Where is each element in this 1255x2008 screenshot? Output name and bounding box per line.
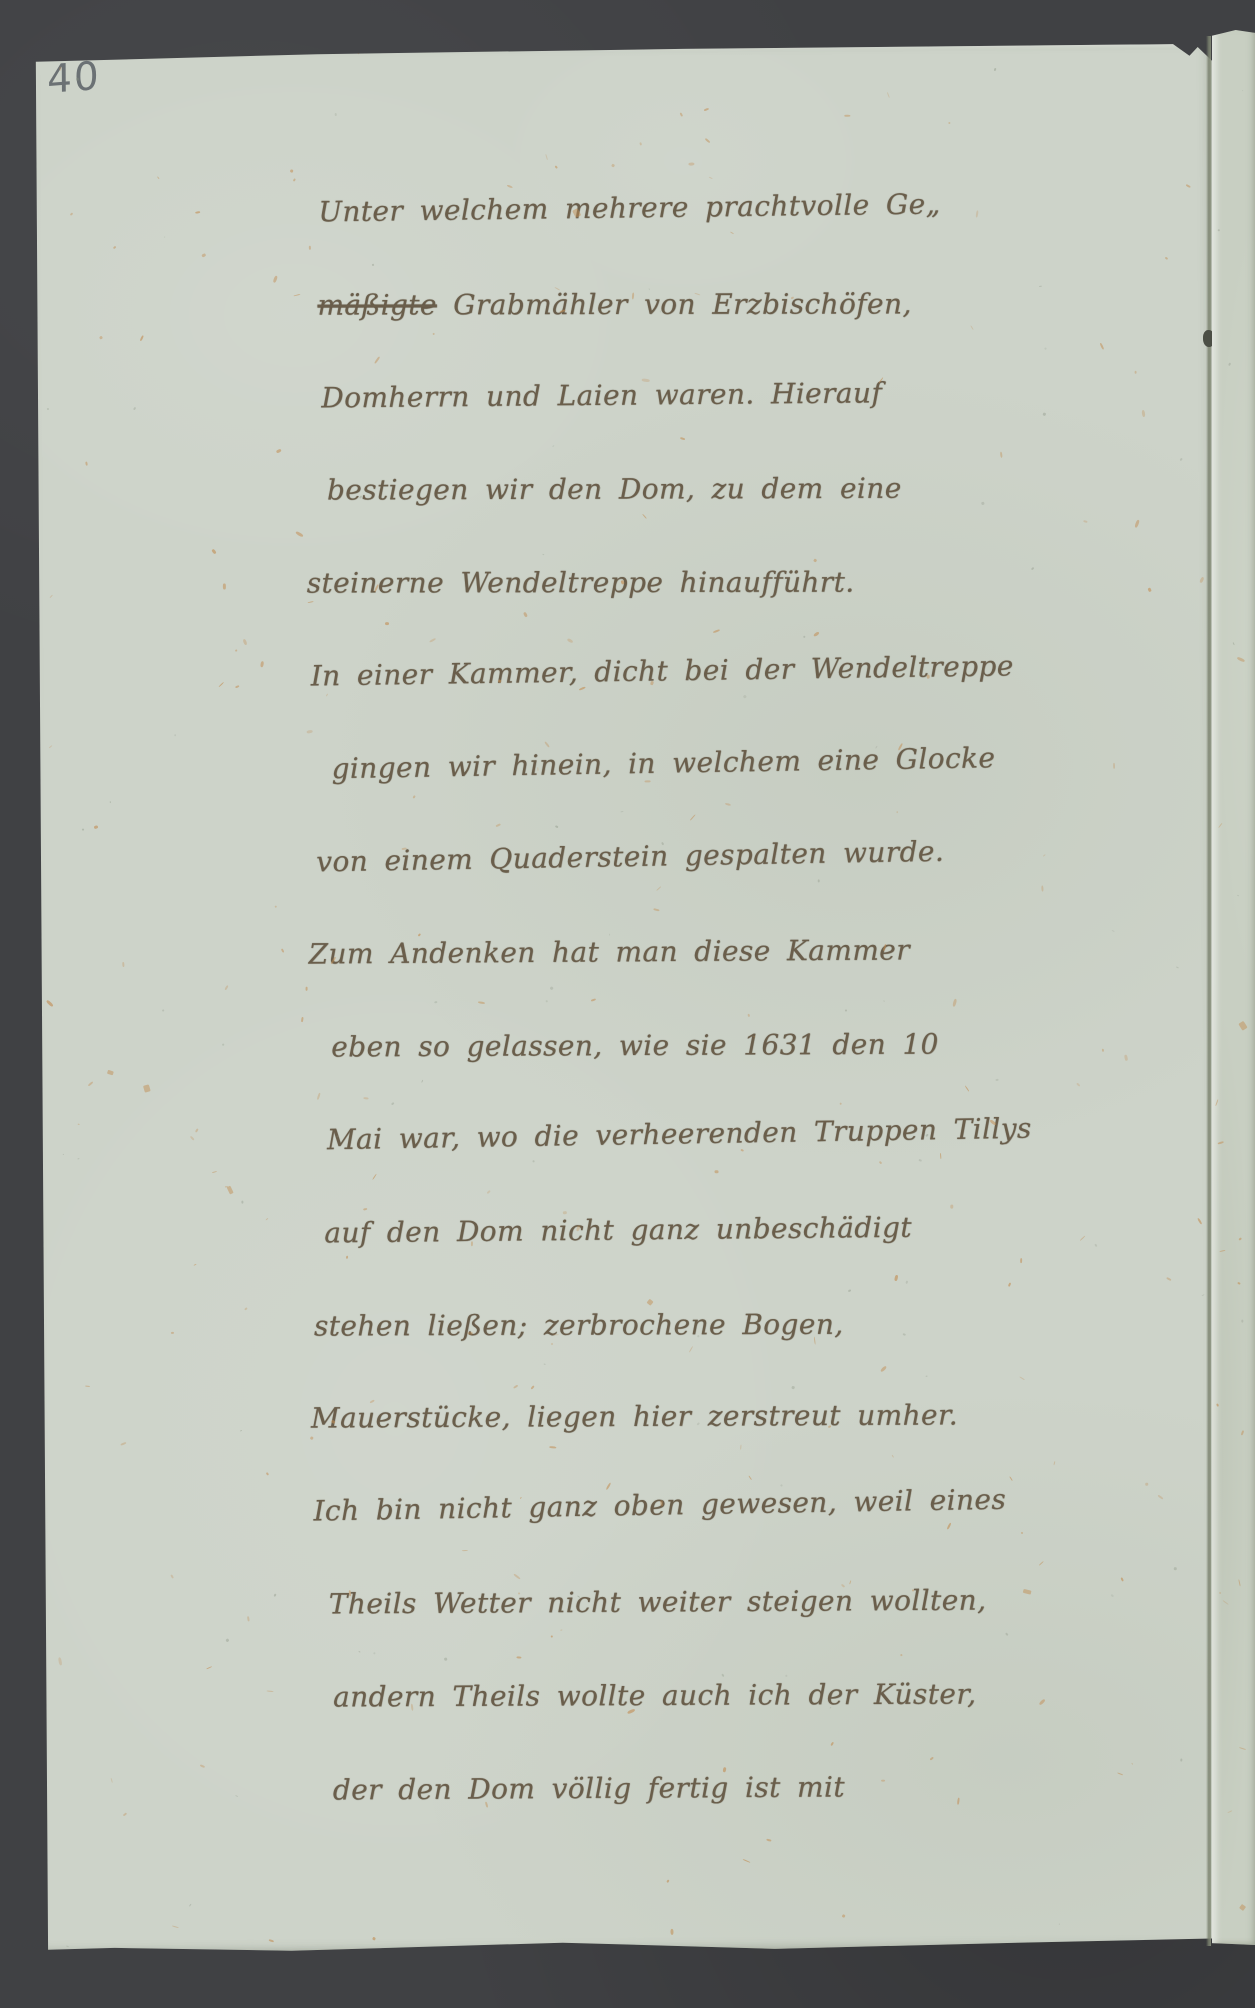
line-text: andern Theils wollte auch ich der Küster… [333, 1677, 976, 1713]
paper-speck [976, 211, 979, 218]
paper-speck [1241, 1319, 1243, 1322]
paper-speck [157, 177, 160, 180]
paper-speck [1218, 229, 1220, 231]
paper-fleck [227, 1186, 234, 1195]
paper-speck [460, 50, 467, 52]
paper-fleck [1239, 1021, 1248, 1031]
paper-speck [970, 325, 974, 330]
paper-speck [1215, 1099, 1219, 1106]
paper-speck [242, 1201, 244, 1204]
paper-speck [267, 1691, 274, 1693]
handwriting-line: gingen wir hinein, in welchem eine Glock… [305, 712, 966, 816]
handwriting-line: bestiegen wir den Dom, zu dem eine [304, 443, 964, 538]
line-text: Domherrn und Laien waren. Hierauf [321, 376, 882, 414]
paper-speck [212, 549, 217, 555]
paper-speck [85, 462, 88, 467]
paper-speck [1134, 520, 1139, 528]
paper-speck [766, 1838, 771, 1841]
paper-speck [212, 1170, 217, 1173]
paper-speck [1101, 1049, 1103, 1053]
paper-speck [265, 1473, 268, 1476]
handwriting-line: Zum Andenken hat man diese Kammer [306, 904, 967, 1001]
paper-speck [218, 682, 224, 688]
paper-fleck [1023, 1589, 1032, 1595]
paper-speck [1202, 1294, 1205, 1297]
paper-speck [1039, 1699, 1046, 1706]
paper-speck [222, 1044, 225, 1047]
paper-speck [742, 1858, 749, 1862]
paper-speck [373, 1937, 377, 1941]
paper-speck [78, 1157, 80, 1159]
handwriting-line: Ich bin nicht ganz oben gewesen, weil ei… [309, 1455, 970, 1559]
paper-speck [1039, 1560, 1044, 1565]
paper-speck [666, 1879, 669, 1882]
paper-speck [1099, 342, 1103, 349]
line-text: Zum Andenken hat man diese Kammer [308, 934, 910, 971]
paper-fleck [143, 1084, 151, 1092]
paper-speck [224, 985, 228, 990]
handwriting-line: stehen ließen; zerbrochene Bogen, [309, 1278, 969, 1373]
paper-speck [1179, 457, 1183, 461]
line-text: Ich bin nicht ganz oben gewesen, weil ei… [313, 1483, 1006, 1528]
paper-speck [122, 962, 124, 967]
paper-speck [1241, 1430, 1244, 1435]
line-text: gingen wir hinein, in welchem eine Glock… [331, 741, 995, 785]
paper-speck [265, 1218, 268, 1221]
paper-speck [1238, 1282, 1241, 1285]
paper-speck [639, 143, 641, 146]
paper-speck [887, 92, 890, 98]
handwriting-line: Theils Wetter nicht weiter steigen wollt… [310, 1555, 971, 1652]
paper-speck [1030, 567, 1034, 571]
paper-speck [70, 212, 74, 216]
handwriting-line: Domherrn und Laien waren. Hierauf [303, 346, 964, 445]
handwriting-line: Mai war, wo die verheerenden Truppen Til… [307, 1084, 968, 1188]
paper-speck [1125, 1054, 1129, 1060]
handwriting-line: steinerne Wendeltreppe hinaufführt. [305, 537, 965, 631]
paper-speck [1165, 256, 1169, 260]
line-text: stehen ließen; zerbrochene Bogen, [314, 1307, 844, 1342]
paper-speck [1181, 1759, 1183, 1762]
paper-speck [704, 107, 709, 110]
line-text: In einer Kammer, dicht bei der Wendeltre… [310, 649, 1013, 692]
paper-speck [1054, 1461, 1056, 1465]
paper-speck [88, 1081, 94, 1087]
paper-speck [139, 335, 144, 342]
paper-speck [357, 50, 360, 55]
handwriting-line: Unter welchem mehrere prachtvolle Ge„ [302, 158, 963, 259]
paper-speck [247, 1616, 249, 1621]
paper-speck [420, 47, 423, 50]
paper-speck [1226, 1810, 1231, 1813]
paper-speck [269, 1939, 274, 1942]
paper-speck [1131, 1763, 1133, 1766]
paper-speck [1185, 184, 1190, 188]
line-text: Grabmähler von Erzbischöfen, [453, 287, 912, 321]
line-text: der den Dom völlig fertig ist mit [333, 1770, 845, 1806]
paper-speck [680, 112, 684, 116]
paper-speck [301, 1017, 303, 1022]
paper-speck [274, 906, 277, 909]
paper-speck [189, 1136, 194, 1141]
paper-speck [223, 584, 226, 590]
paper-speck [1117, 1772, 1123, 1775]
paper-speck [335, 113, 337, 116]
paper-speck [545, 154, 548, 160]
paper-speck [202, 253, 207, 257]
paper-speck [274, 1593, 277, 1596]
paper-speck [704, 138, 710, 144]
line-text: eben so gelassen, wie sie 1631 den 10 [331, 1028, 939, 1064]
paper-speck [66, 1945, 69, 1947]
paper-speck [275, 449, 281, 454]
paper-speck [49, 595, 53, 599]
paper-speck [110, 1778, 113, 1783]
paper-speck [1148, 588, 1152, 592]
paper-speck [123, 1812, 127, 1816]
paper-speck [120, 1441, 126, 1445]
paper-fleck [107, 1070, 114, 1076]
paper-speck [46, 999, 53, 1006]
paper-speck [1218, 823, 1223, 829]
paper-speck [1219, 1592, 1222, 1595]
paper-speck [1216, 1404, 1219, 1408]
line-text: Mai war, wo die verheerenden Truppen Til… [327, 1112, 1032, 1157]
paper-speck [243, 638, 248, 645]
paper-speck [1041, 885, 1043, 891]
paper-speck [439, 47, 441, 50]
paper-speck [93, 825, 98, 829]
handwriting-line: In einer Kammer, dicht bei der Wendeltre… [305, 621, 966, 723]
page-fold-crease [1206, 36, 1211, 1946]
paper-speck [1158, 1494, 1164, 1499]
paper-speck [1176, 966, 1180, 969]
handwriting-line: andern Theils wollte auch ich der Küster… [310, 1648, 970, 1744]
paper-speck [1219, 1249, 1226, 1252]
paper-speck [235, 685, 239, 688]
paper-speck [78, 1124, 80, 1125]
paper-speck [949, 122, 951, 124]
paper-speck [113, 246, 117, 249]
paper-speck [82, 829, 85, 832]
paper-speck [1000, 452, 1003, 459]
paper-speck [293, 178, 297, 182]
paper-speck [206, 1666, 212, 1669]
paper-speck [1111, 930, 1114, 932]
paper-speck [1080, 1235, 1086, 1240]
paper-speck [1242, 90, 1244, 92]
paper-speck [132, 406, 136, 410]
paper-speck [1142, 409, 1146, 417]
line-text: von einem Quaderstein gespalten wurde. [316, 834, 944, 878]
paper-speck [99, 336, 103, 340]
handwriting-line: Mauerstücke, liegen hier zerstreut umher… [309, 1370, 969, 1466]
paper-speck [291, 169, 294, 172]
paper-fleck [1239, 1904, 1246, 1911]
paper-speck [1173, 1567, 1176, 1570]
paper-speck [200, 1764, 205, 1768]
paper-speck [1199, 577, 1204, 584]
paper-speck [170, 1332, 173, 1334]
paper-speck [1076, 1083, 1080, 1087]
paper-speck [226, 1638, 230, 1642]
paper-speck [994, 67, 997, 70]
struck-word: mäßigte [317, 288, 437, 321]
handwriting-line: auf den Dom nicht ganz unbeschädigt [308, 1181, 969, 1280]
paper-speck [281, 949, 284, 953]
handwriting-line: von einem Quaderstein gespalten wurde. [305, 805, 966, 909]
paper-speck [1042, 412, 1046, 415]
paper-speck [46, 408, 48, 410]
paper-speck [161, 1009, 164, 1012]
paper-speck [1196, 1218, 1201, 1225]
paper-speck [1113, 763, 1114, 769]
paper-fiber-specks [34, 44, 1213, 50]
paper-speck [240, 1429, 242, 1431]
paper-speck [194, 1128, 198, 1133]
paper-speck [225, 1186, 228, 1188]
paper-speck [293, 293, 300, 296]
paper-speck [671, 1929, 674, 1936]
paper-speck [1008, 1283, 1011, 1288]
paper-speck [63, 1154, 64, 1155]
paper-speck [1166, 1277, 1171, 1281]
paper-speck [1083, 520, 1087, 523]
manuscript-page: 40 Unter welchem mehrere prachtvolle Ge„… [34, 44, 1223, 1954]
handwriting-line: mäßigte Grabmähler von Erzbischöfen, [303, 258, 963, 352]
paper-speck [235, 1795, 238, 1797]
paper-speck [193, 1263, 196, 1265]
paper-speck [1021, 1532, 1024, 1535]
paper-speck [844, 115, 850, 117]
paper-speck [170, 1574, 174, 1578]
paper-speck [1238, 1580, 1241, 1587]
paper-speck [188, 1903, 191, 1906]
line-text: bestiegen wir den Dom, zu dem eine [327, 472, 902, 507]
paper-speck [1009, 1476, 1013, 1481]
paper-speck [175, 734, 176, 736]
paper-speck [1039, 286, 1042, 288]
adjacent-page-edge [1212, 30, 1255, 1945]
paper-speck [295, 530, 303, 536]
paper-speck [244, 1307, 247, 1310]
paper-speck [194, 211, 200, 214]
line-text: auf den Dom nicht ganz unbeschädigt [324, 1211, 912, 1250]
page-number: 40 [47, 54, 101, 103]
paper-speck [1044, 347, 1047, 350]
paper-speck [1111, 1594, 1115, 1598]
paper-speck [981, 502, 985, 506]
paper-speck [109, 801, 111, 804]
line-text: Unter welchem mehrere prachtvolle Ge„ [318, 187, 941, 228]
paper-speck [1217, 1141, 1223, 1144]
paper-speck [1239, 1237, 1242, 1240]
line-text: Mauerstücke, liegen hier zerstreut umher… [311, 1399, 958, 1435]
paper-speck [1120, 1578, 1124, 1583]
handwriting-text-block: Unter welchem mehrere prachtvolle Ge„mäß… [303, 163, 972, 1837]
handwriting-line: der den Dom völlig fertig ist mit [311, 1740, 972, 1837]
paper-speck [1228, 363, 1231, 367]
paper-speck [1094, 1244, 1097, 1248]
line-text: steinerne Wendeltreppe hinaufführt. [307, 566, 855, 600]
paper-speck [841, 1914, 845, 1919]
paper-speck [1020, 1258, 1022, 1264]
paper-speck [1006, 1633, 1009, 1636]
paper-speck [261, 661, 265, 667]
paper-speck [172, 1926, 179, 1929]
paper-speck [1042, 854, 1046, 857]
paper-speck [259, 51, 264, 55]
paper-speck [1237, 895, 1239, 897]
paper-speck [1239, 1747, 1246, 1750]
paper-speck [1232, 643, 1234, 646]
paper-speck [1145, 1483, 1148, 1486]
paper-speck [49, 745, 53, 748]
paper-speck [1059, 1924, 1060, 1925]
handwriting-line: eben so gelassen, wie sie 1631 den 10 [307, 999, 967, 1095]
paper-speck [58, 1657, 62, 1665]
paper-speck [235, 650, 237, 652]
line-text: Theils Wetter nicht weiter steigen wollt… [329, 1584, 987, 1621]
paper-speck [163, 236, 164, 238]
paper-speck [995, 1079, 998, 1081]
paper-speck [1237, 656, 1245, 662]
paper-speck [273, 275, 278, 282]
paper-speck [85, 1385, 90, 1387]
paper-speck [1134, 370, 1136, 373]
photo-background: 40 Unter welchem mehrere prachtvolle Ge„… [0, 0, 1255, 2008]
paper-speck [1223, 1600, 1230, 1605]
paper-speck [1019, 1376, 1025, 1381]
